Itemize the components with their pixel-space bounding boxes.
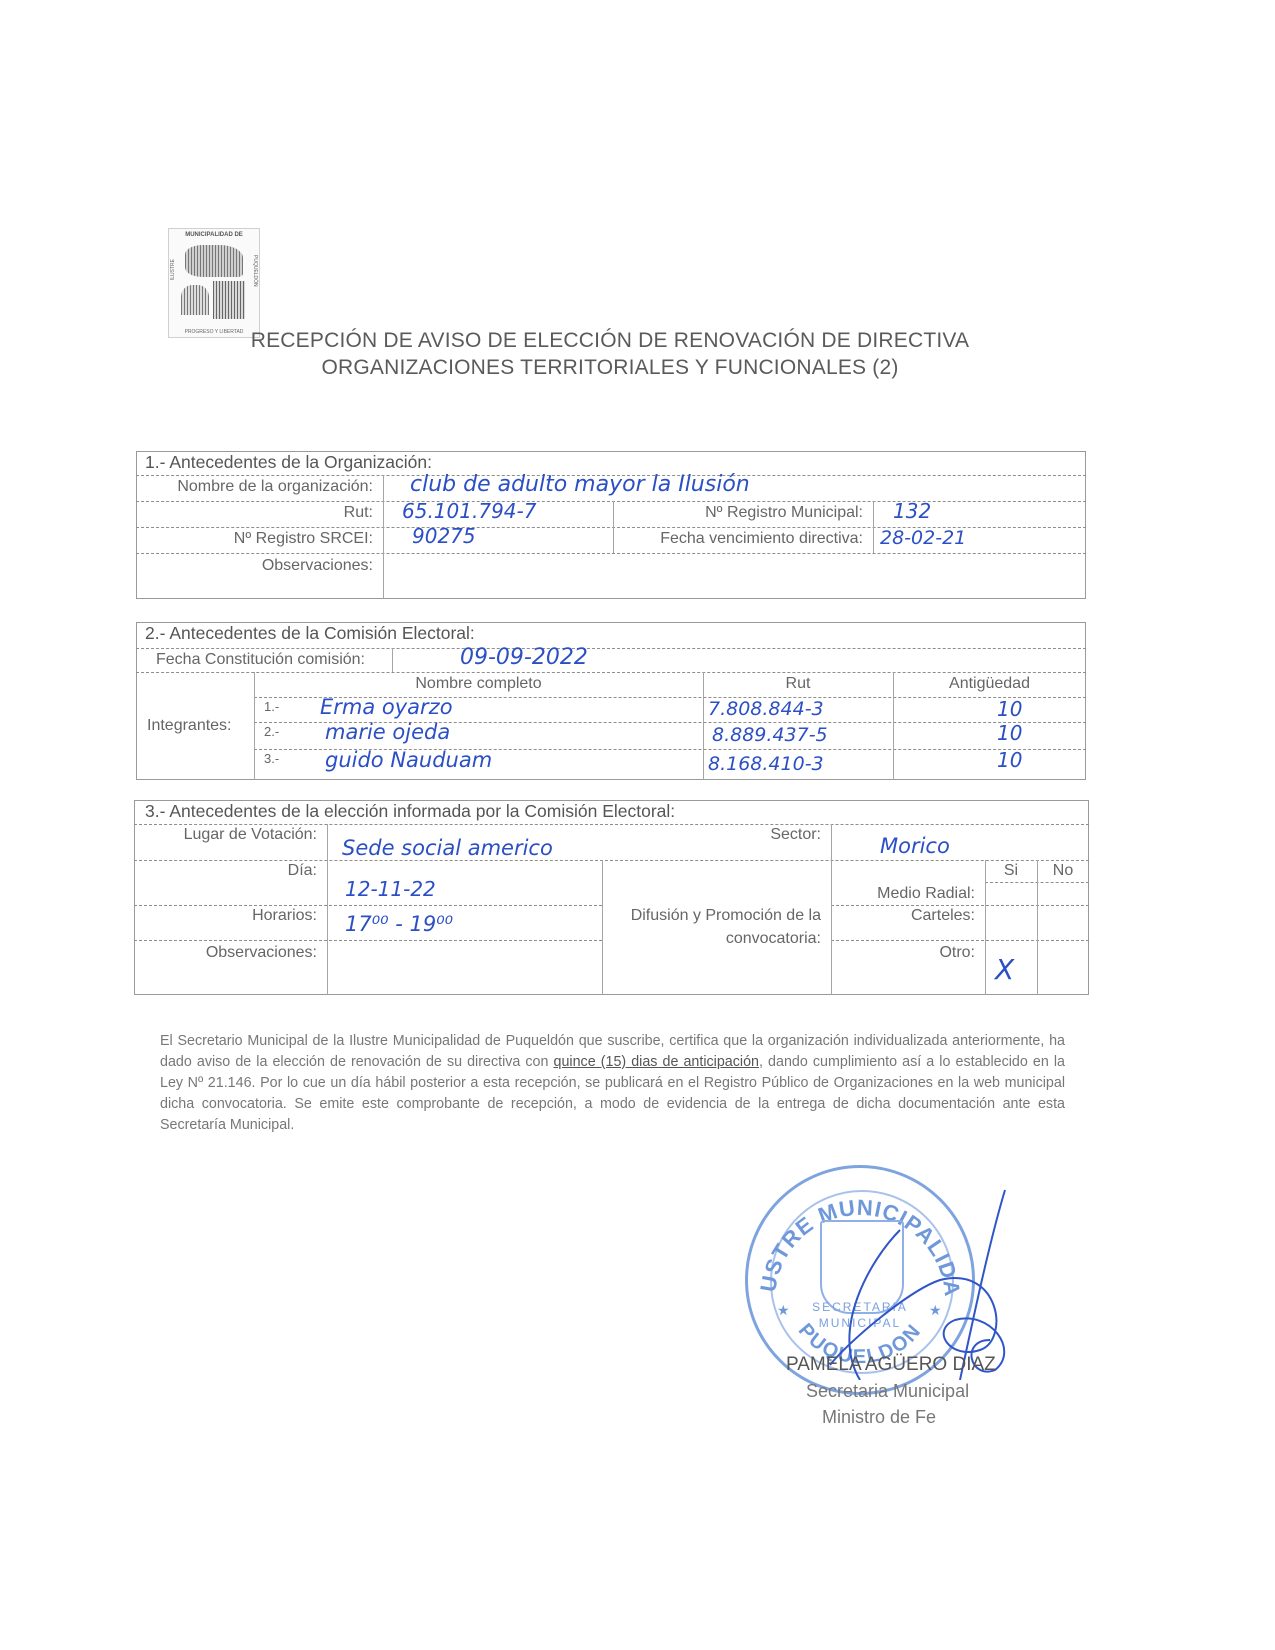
trees-icon <box>181 285 209 315</box>
member-number: 1.- <box>264 699 279 714</box>
divider <box>1037 860 1038 995</box>
otro-label: Otro: <box>835 944 975 962</box>
member-antiguedad[interactable]: 10 <box>997 721 1022 745</box>
logo-top-label: MUNICIPALIDAD DE <box>169 232 259 238</box>
lugar-label: Lugar de Votación: <box>140 826 317 844</box>
horarios-value[interactable]: 17⁰⁰ - 19⁰⁰ <box>345 912 453 936</box>
member-name[interactable]: Erma oyarzo <box>320 695 453 719</box>
divider <box>136 648 1086 649</box>
document-title-line1: RECEPCIÓN DE AVISO DE ELECCIÓN DE RENOVA… <box>0 329 1220 353</box>
otro-si-checkbox[interactable]: X <box>995 953 1014 986</box>
dia-value[interactable]: 12-11-22 <box>345 877 436 901</box>
member-antiguedad[interactable]: 10 <box>997 697 1022 721</box>
signatory-title: Ministro de Fe <box>822 1407 936 1428</box>
section3-heading: 3.- Antecedentes de la elección informad… <box>145 801 675 822</box>
dia-label: Día: <box>140 862 317 880</box>
logo-right-label: PUQUELDÓN <box>252 255 258 287</box>
divider <box>134 860 1089 861</box>
vencimiento-value[interactable]: 28-02-21 <box>880 527 966 549</box>
srcei-label: Nº Registro SRCEI: <box>140 530 373 548</box>
divider <box>134 905 602 906</box>
document-title-line2: ORGANIZACIONES TERRITORIALES Y FUNCIONAL… <box>0 356 1220 380</box>
divider <box>831 824 832 995</box>
sector-label: Sector: <box>610 826 821 844</box>
fecha-constitucion-label: Fecha Constitución comisión: <box>156 651 365 669</box>
divider <box>613 501 614 553</box>
divider <box>134 824 1089 825</box>
medio-radial-label: Medio Radial: <box>835 885 975 903</box>
water-icon <box>213 281 245 319</box>
difusion-label-line1: Difusión y Promoción de la <box>606 907 821 925</box>
col-nombre-header: Nombre completo <box>254 675 703 693</box>
divider <box>134 940 602 941</box>
divider <box>831 940 1089 941</box>
member-antiguedad[interactable]: 10 <box>997 748 1022 772</box>
observaciones-label: Observaciones: <box>140 557 373 575</box>
section2-heading: 2.- Antecedentes de la Comisión Electora… <box>145 623 475 644</box>
col-antiguedad-header: Antigüedad <box>893 675 1086 693</box>
registro-municipal-value[interactable]: 132 <box>893 499 931 523</box>
divider <box>602 860 603 995</box>
no-header: No <box>1037 862 1089 880</box>
member-rut[interactable]: 8.889.437-5 <box>712 724 828 746</box>
divider <box>327 824 328 995</box>
horarios-label: Horarios: <box>140 907 317 925</box>
member-number: 2.- <box>264 724 279 739</box>
col-rut-header: Rut <box>703 675 893 693</box>
certification-paragraph: El Secretario Municipal de la Ilustre Mu… <box>160 1031 1065 1136</box>
divider <box>873 501 874 553</box>
divider <box>392 648 393 672</box>
rut-value[interactable]: 65.101.794-7 <box>402 499 536 523</box>
signatory-role: Secretaria Municipal <box>806 1381 969 1402</box>
member-rut[interactable]: 7.808.844-3 <box>708 698 824 720</box>
divider <box>136 672 1086 673</box>
sector-value[interactable]: Morico <box>880 834 950 858</box>
section1-heading: 1.- Antecedentes de la Organización: <box>145 452 432 473</box>
vencimiento-label: Fecha vencimiento directiva: <box>620 530 863 548</box>
rut-label: Rut: <box>140 504 373 522</box>
fecha-constitucion-value[interactable]: 09-09-2022 <box>460 645 588 670</box>
divider <box>831 905 1089 906</box>
observaciones-eleccion-label: Observaciones: <box>140 944 317 962</box>
lugar-value[interactable]: Sede social americo <box>342 836 553 860</box>
member-name[interactable]: guido Nauduam <box>325 748 492 772</box>
org-name-value[interactable]: club de adulto mayor la Ilusión <box>410 472 750 497</box>
divider <box>136 553 1086 554</box>
integrantes-label: Integrantes: <box>147 717 232 735</box>
member-rut[interactable]: 8.168.410-3 <box>708 753 824 775</box>
registro-municipal-label: Nº Registro Municipal: <box>620 504 863 522</box>
difusion-label-line2: convocatoria: <box>606 930 821 948</box>
org-name-label: Nombre de la organización: <box>140 478 373 496</box>
divider <box>136 501 1086 502</box>
municipality-logo: MUNICIPALIDAD DE ILUSTRE PUQUELDÓN PROGR… <box>168 228 260 338</box>
carteles-label: Carteles: <box>835 907 975 925</box>
member-number: 3.- <box>264 751 279 766</box>
handwritten-signature <box>790 1180 1030 1380</box>
member-name[interactable]: marie ojeda <box>325 720 450 744</box>
divider <box>985 860 986 995</box>
logo-left-label: ILUSTRE <box>170 259 176 280</box>
certification-deadline: quince (15) dias de anticipación <box>554 1054 759 1070</box>
si-header: Si <box>985 862 1037 880</box>
signatory-name: PAMELA AGÜERO DIAZ <box>786 1354 996 1376</box>
divider <box>383 475 384 599</box>
island-map-icon <box>185 245 243 277</box>
srcei-value[interactable]: 90275 <box>412 524 476 548</box>
